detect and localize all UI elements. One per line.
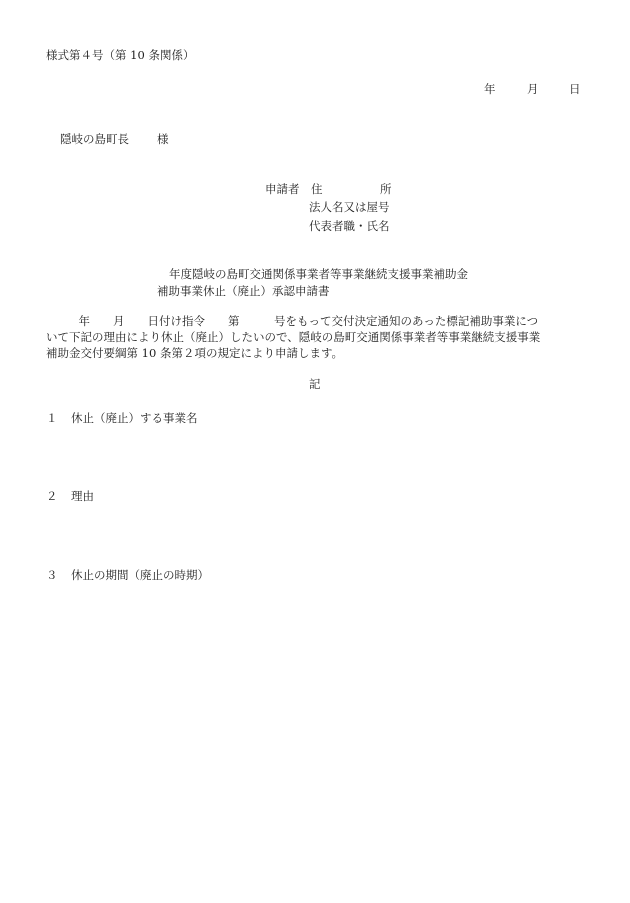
item-3-number: ３: [46, 568, 58, 582]
applicant-representative-label: 代表者職・氏名: [309, 219, 390, 233]
item-1-number: １: [46, 411, 58, 425]
body-line-2: いて下記の理由により休止（廃止）したいので、隠岐の島町交通関係事業者等事業継続支…: [46, 330, 540, 344]
applicant-address-label: 住 所: [311, 182, 392, 196]
date-year: 年: [484, 82, 496, 96]
body-line-1: 年 月 日付け指令 第 号をもって交付決定通知のあった標記補助事業につ: [67, 314, 538, 328]
date-month: 月: [527, 82, 539, 96]
body-line-3: 補助金交付要綱第 10 条第２項の規定により申請します。: [46, 346, 343, 360]
title-line-2: 補助事業休止（廃止）承認申請書: [157, 284, 330, 298]
item-2-label: 理由: [71, 489, 94, 503]
form-number: 様式第４号（第 10 条関係）: [46, 48, 194, 62]
addressee-name: 隠岐の島町長: [60, 132, 129, 146]
title-line-1: 年度隠岐の島町交通関係事業者等事業継続支援事業補助金: [169, 267, 468, 281]
applicant-label: 申請者: [265, 182, 300, 196]
date-day: 日: [569, 82, 581, 96]
addressee-honorific: 様: [157, 132, 169, 146]
ki-heading: 記: [309, 377, 321, 391]
applicant-company-label: 法人名又は屋号: [309, 200, 390, 214]
item-2-number: ２: [46, 489, 58, 503]
item-1-label: 休止（廃止）する事業名: [71, 411, 198, 425]
item-3-label: 休止の期間（廃止の時期）: [71, 568, 209, 582]
